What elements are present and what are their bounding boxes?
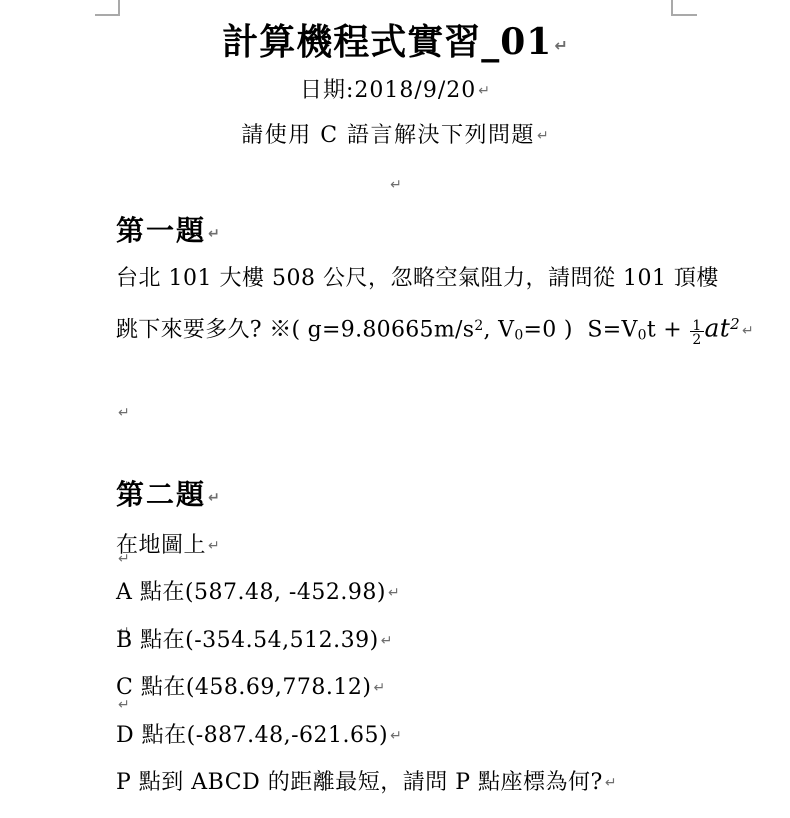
margin-corner-mark-right-horizontal (671, 14, 697, 16)
formula-prefix: 跳下來要多久? ※( g=9.80665m/s (116, 318, 474, 343)
paragraph-mark-icon: ↵ (535, 128, 549, 144)
section1-line1-text: 台北 101 大樓 508 公尺，忽略空氣阻力，請問從 101 頂樓 (116, 266, 719, 291)
section2-line-point-b: B 點在(-354.54,512.39)↵ (116, 626, 392, 656)
document-title-text: 計算機程式實習_01 (222, 21, 552, 63)
instruction-text: 請使用 C 語言解決下列問題 (241, 123, 535, 148)
section2-line-point-a: A 點在(587.48, -452.98)↵ (116, 578, 400, 608)
section1-body-line1: 台北 101 大樓 508 公尺，忽略空氣阻力，請問從 101 頂樓 (116, 264, 719, 294)
paragraph-mark-icon: ↵ (388, 177, 402, 193)
date-text: 日期:2018/9/20 (300, 78, 476, 103)
subscript-0: 0 (514, 327, 523, 343)
section2-line-text: P 點到 ABCD 的距離最短，請問 P 點座標為何? (116, 770, 603, 795)
subscript-0: 0 (638, 327, 647, 343)
formula-mid-eq: =0 ) S=V (524, 318, 638, 343)
document-title: 計算機程式實習_01↵ (0, 19, 790, 69)
paragraph-mark-icon: ↵ (388, 728, 402, 744)
superscript-2: 2 (474, 318, 483, 334)
fraction-one-half: 12 (689, 319, 704, 348)
paragraph-mark-icon: ↵ (740, 323, 754, 339)
paragraph-mark-icon: ↵ (603, 775, 617, 791)
section2-heading: 第二題↵ (116, 477, 220, 516)
section2-line-text: B 點在(-354.54,512.39) (116, 628, 379, 653)
section2-line-question: P 點到 ABCD 的距離最短，請問 P 點座標為何?↵ (116, 768, 617, 798)
paragraph-mark-icon: ↵ (371, 680, 385, 696)
section1-heading-text: 第一題 (116, 214, 206, 247)
formula-term-at: at (705, 314, 731, 343)
section2-line-text: C 點在(458.69,778.12) (116, 675, 371, 700)
section2-line-point-d: D 點在(-887.48,-621.65)↵ (116, 721, 402, 751)
instruction-line: 請使用 C 語言解決下列問題↵ (0, 121, 790, 151)
margin-corner-mark-left-horizontal (95, 14, 120, 16)
paragraph-mark-icon: ↵ (379, 633, 393, 649)
fraction-denominator: 2 (690, 331, 703, 348)
section2-line-point-c: C 點在(458.69,778.12)↵ (116, 673, 385, 703)
paragraph-mark-icon: ↵ (206, 226, 220, 242)
section2-line-text: D 點在(-887.48,-621.65) (116, 723, 388, 748)
formula-mid-v: , V (484, 318, 515, 343)
section1-heading: 第一題↵ (116, 213, 220, 252)
paragraph-mark-icon: ↵ (206, 538, 220, 554)
paragraph-mark-icon: ↵ (476, 83, 490, 99)
paragraph-mark-icon: ↵ (386, 585, 400, 601)
date-line: 日期:2018/9/20↵ (0, 76, 790, 106)
paragraph-mark-icon: ↵ (118, 405, 130, 421)
formula-mid-plus: t + (647, 318, 689, 343)
section2-heading-text: 第二題 (116, 478, 206, 511)
margin-corner-mark-left-vertical (118, 0, 120, 15)
section2-line-text: 在地圖上 (116, 533, 206, 558)
paragraph-mark-icon: ↵ (552, 36, 567, 55)
paragraph-mark-icon: ↵ (206, 490, 220, 506)
margin-corner-mark-right-vertical (671, 0, 673, 15)
document-page: 計算機程式實習_01↵ 日期:2018/9/20↵ 請使用 C 語言解決下列問題… (0, 0, 790, 818)
section2-line-map: 在地圖上↵ (116, 531, 220, 561)
empty-paragraph: ↵ (118, 402, 136, 427)
empty-paragraph: ↵ (0, 176, 790, 196)
section1-formula-line: 跳下來要多久? ※( g=9.80665m/s2, V0=0 ) S=V0t +… (116, 309, 754, 350)
section2-line-text: A 點在(587.48, -452.98) (116, 580, 386, 605)
superscript-2: 2 (730, 315, 740, 333)
